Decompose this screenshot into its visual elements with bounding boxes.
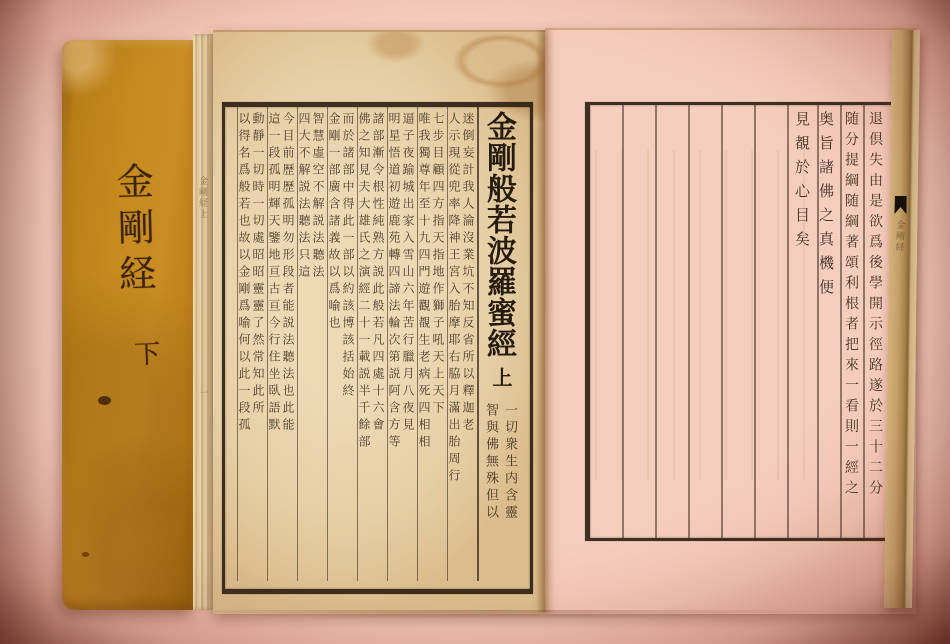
cover-volume-label: 下 bbox=[129, 339, 164, 380]
column-rule bbox=[721, 105, 723, 538]
ink-spot bbox=[82, 552, 89, 557]
column-text: 以得名爲般若也故以金剛爲喻何以此一段孤 bbox=[239, 112, 253, 577]
book-shadow bbox=[70, 610, 916, 630]
sutra-title: 金剛般若波羅蜜經 bbox=[486, 111, 520, 371]
text-column: 而於諸部中得此一部以約該博該括始終 金剛一部廣含諸義故以爲喻也 bbox=[327, 107, 358, 581]
column-text: 今目前歷歷孤明勿形段者能説法聽法也此能 bbox=[283, 112, 297, 577]
text-column: 迷倒妄計我人淪沒業坑不知反省所以釋迦老 人示現從兜率降神王宮入胎摩耶右脇月滿出胎… bbox=[447, 107, 478, 581]
column-rule bbox=[655, 105, 657, 538]
title-annotation-right: 一切衆生内含靈 bbox=[505, 403, 520, 573]
fishtail-ornament bbox=[894, 196, 906, 214]
page-edge-strip bbox=[193, 34, 214, 610]
printed-page-left: 金剛般若波羅蜜經 上 一切衆生内含靈 智與佛無殊但以 迷倒妄計我人淪沒業坑不知反… bbox=[213, 30, 545, 614]
column-text: 七步目顧四方指天指地作獅子吼天上天下 bbox=[433, 112, 447, 577]
column-text: 人示現從兜率降神王宮入胎摩耶右脇月滿出胎周行 bbox=[449, 112, 463, 577]
column-rule bbox=[840, 105, 842, 538]
column-text: 明星悟道初遊鹿苑轉四諦法輪次第説阿含方等 bbox=[389, 112, 403, 577]
text-column: 奥旨諸佛之真機便 bbox=[819, 111, 836, 531]
printed-page-right: 退倶失由是欲爲後學開示徑路遂於三十二分 随分提綱随綱著頌利根者把來一看則一經之 … bbox=[545, 28, 916, 614]
column-rule bbox=[622, 105, 624, 538]
text-column: 見覩於心目矣 bbox=[795, 111, 812, 531]
column-text: 迷倒妄計我人淪沒業坑不知反省所以釋迦老 bbox=[463, 112, 477, 577]
cover-title-calligraphy: 金剛経 bbox=[115, 161, 162, 342]
fore-edge-title-label: 金剛経 bbox=[892, 220, 908, 320]
column-rule bbox=[787, 105, 789, 538]
text-column: 今目前歷歷孤明勿形段者能説法聽法也此能 這一段孤明輝天鑒地亘古亘今行住坐臥語默 bbox=[267, 107, 298, 581]
column-text: 四大不解説法聽法只這 bbox=[299, 112, 313, 577]
fore-edge-dash-mark: 一 bbox=[196, 388, 210, 400]
column-text: 唯我獨尊年至十九四門遊觀覩生老病死四相相 bbox=[419, 112, 433, 577]
column-text: 這一段孤明輝天鑒地亘古亘今行住坐臥語默 bbox=[269, 112, 283, 577]
column-text: 智慧虛空不解説法聽法 bbox=[313, 112, 327, 577]
text-column: 随分提綱随綱著頌利根者把來一看則一經之 bbox=[843, 111, 860, 531]
text-column: 諸部漸令根性純熟方説此般若凡四處十六會 佛之知見夫大雄氏之演經二十一載説半千餘部 bbox=[357, 107, 388, 581]
fore-edge-title-label: 金剛経上 bbox=[196, 176, 210, 296]
title-annotation-left: 智與佛無殊但以 bbox=[486, 403, 501, 573]
ink-spot bbox=[98, 396, 111, 405]
column-text: 佛之知見夫大雄氏之演經二十一載説半千餘部 bbox=[359, 112, 373, 577]
column-text: 金剛一部廣含諸義故以爲喻也 bbox=[329, 112, 343, 577]
text-column: 退倶失由是欲爲後學開示徑路遂於三十二分 bbox=[867, 111, 884, 531]
woodblock-text-frame: 金剛般若波羅蜜經 上 一切衆生内含靈 智與佛無殊但以 迷倒妄計我人淪沒業坑不知反… bbox=[222, 102, 533, 594]
photo-of-open-sutra-book: { "cover": { "title": "金剛経", "volume": "… bbox=[0, 0, 950, 644]
title-column: 金剛般若波羅蜜經 上 一切衆生内含靈 智與佛無殊但以 bbox=[477, 107, 526, 581]
column-rule bbox=[688, 105, 690, 538]
column-rule bbox=[754, 105, 756, 538]
book-cover: 金剛経 下 bbox=[62, 40, 195, 610]
ruled-frame: 退倶失由是欲爲後學開示徑路遂於三十二分 随分提綱随綱著頌利根者把來一看則一經之 … bbox=[585, 102, 896, 541]
text-column: 動靜一切時一切處昭昭靈靈了然常知此所 以得名爲般若也故以金剛爲喻何以此一段孤 bbox=[237, 107, 268, 581]
text-column: 智慧虛空不解説法聽法 四大不解説法聽法只這 bbox=[297, 107, 328, 581]
text-column: 七步目顧四方指天指地作獅子吼天上天下 唯我獨尊年至十九四門遊觀覩生老病死四相相 bbox=[417, 107, 448, 581]
sutra-title-volume: 上 bbox=[491, 367, 515, 393]
column-text: 動靜一切時一切處昭昭靈靈了然常知此所 bbox=[253, 112, 267, 577]
text-column: 逼子夜踰城出家入雪山六年苦行臘月八夜見 明星悟道初遊鹿苑轉四諦法輪次第説阿含方等 bbox=[387, 107, 418, 581]
column-text: 諸部漸令根性純熟方説此般若凡四處十六會 bbox=[373, 112, 387, 577]
column-text: 而於諸部中得此一部以約該博該括始終 bbox=[343, 112, 357, 577]
column-text: 逼子夜踰城出家入雪山六年苦行臘月八夜見 bbox=[403, 112, 417, 577]
column-rule bbox=[863, 105, 865, 538]
